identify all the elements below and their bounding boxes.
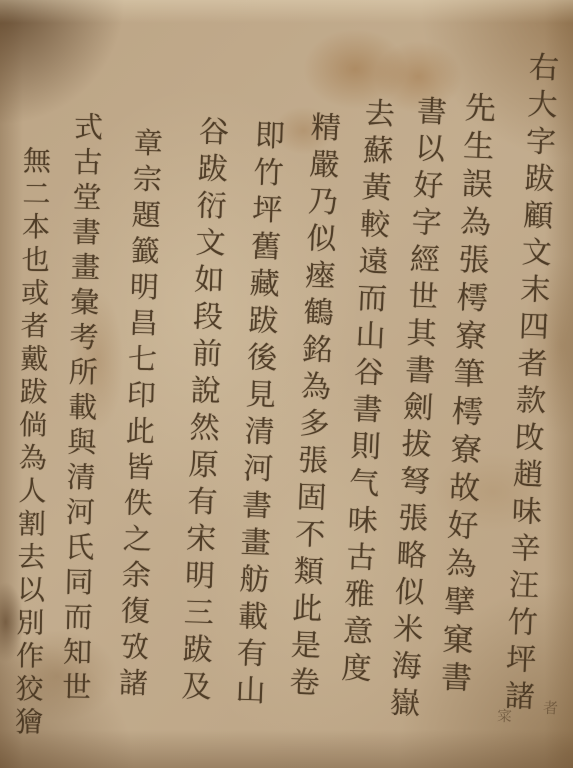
calligraphy-column-7: 谷跋衍文如段前說然原有宋明三跋及 — [174, 115, 227, 708]
calligraphy-column-6: 即竹坪舊藏跋後見清河書畫舫載有山 — [228, 119, 283, 712]
calligraphy-column-8: 章宗題籖明昌七印此皆佚之余復攷諸 — [114, 127, 163, 704]
calligraphy-column-1: 右大字跋顧文末四者款攺趙味辛汪竹坪諸 — [497, 51, 557, 718]
calligraphy-column-4: 去蘇黃較遠而山谷書則气味古雅意度 — [334, 97, 393, 690]
calligraphy-column-9: 式古堂書畫彙考所載與清河氏同而知世 — [57, 111, 103, 707]
faint-ink-mark-b: 者 — [540, 699, 562, 718]
faint-ink-mark-a: 寀 — [494, 707, 516, 726]
calligraphy-column-10: 無二本也或者戴跋倘為人割去以別作狡獪 — [11, 146, 51, 740]
calligraphy-column-5: 精嚴乃似瘞鶴銘為多張固不類此是卷 — [282, 111, 339, 704]
manuscript-page: 右大字跋顧文末四者款攺趙味辛汪竹坪諸 先生誤為張樗寮筆樗寮故好為擘窠書 書以好字… — [0, 0, 573, 768]
